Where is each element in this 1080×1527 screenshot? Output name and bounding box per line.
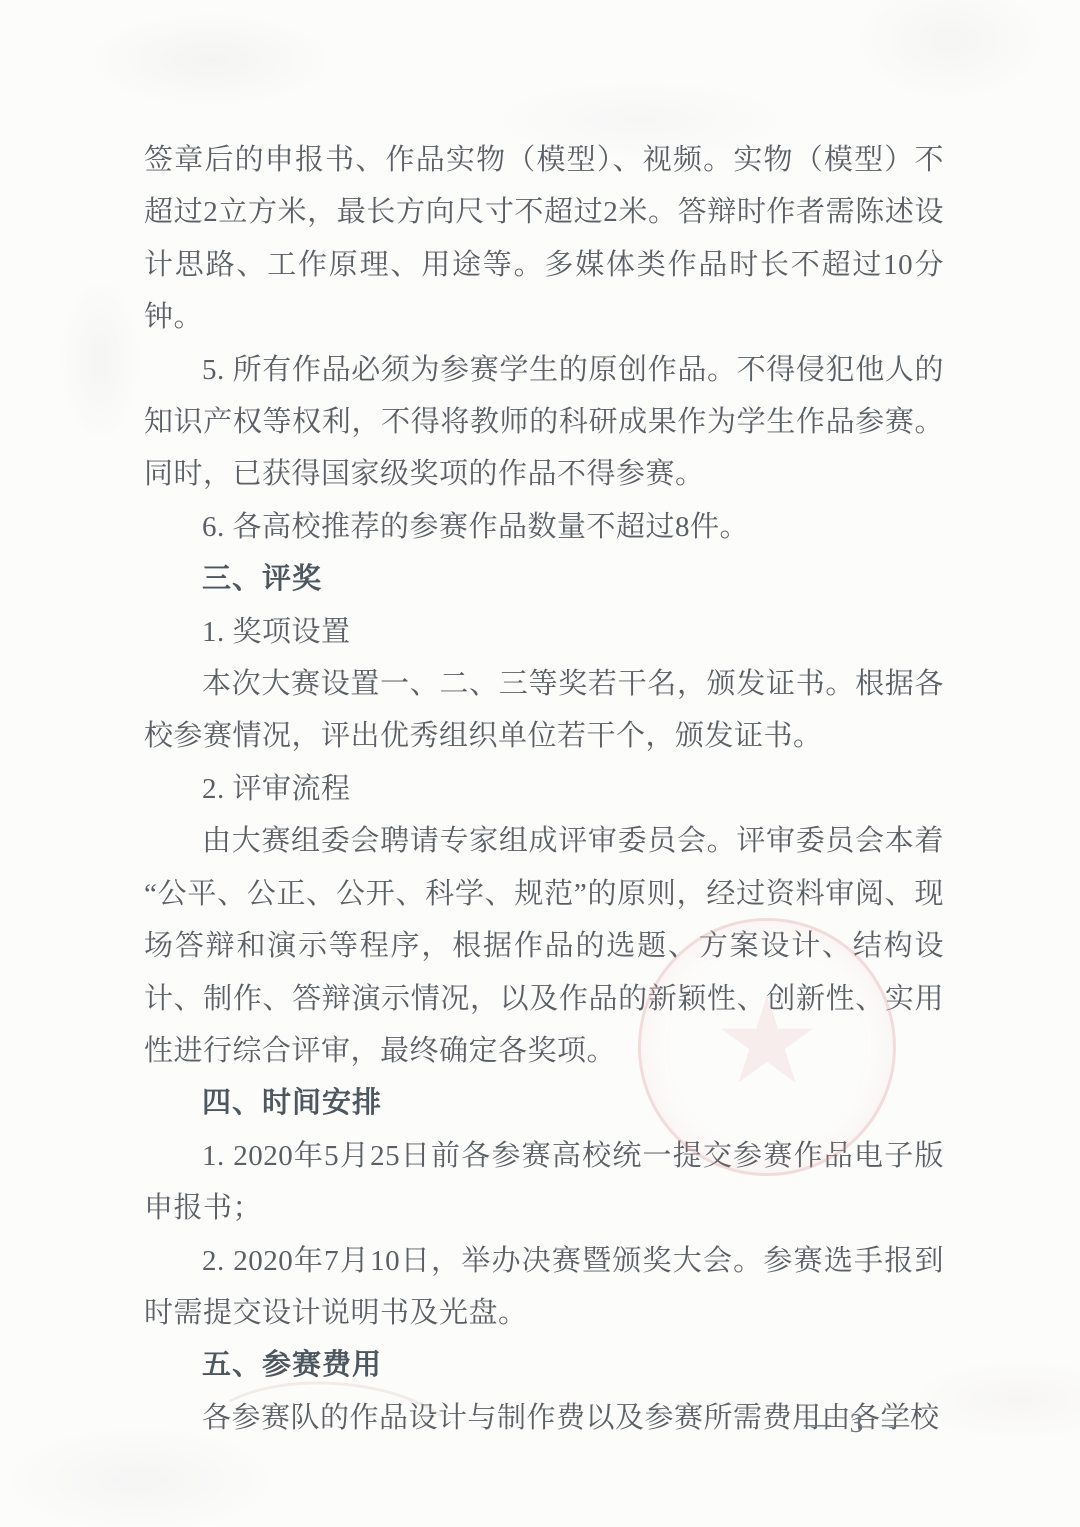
paragraph: 5. 所有作品必须为参赛学生的原创作品。不得侵犯他人的知识产权等权利，不得将教师… — [144, 344, 944, 501]
paragraph: 6. 各高校推荐的参赛作品数量不超过8件。 — [144, 501, 944, 553]
paragraph: 本次大赛设置一、二、三等奖若干名，颁发证书。根据各校参赛情况，评出优秀组织单位若… — [144, 658, 944, 763]
paragraph: 签章后的申报书、作品实物（模型）、视频。实物（模型）不超过2立方米，最长方向尺寸… — [144, 134, 944, 344]
paragraph: 1. 2020年5月25日前各参赛高校统一提交参赛作品电子版申报书； — [144, 1130, 944, 1235]
paragraph: 由大赛组委会聘请专家组成评审委员会。评审委员会本着“公平、公正、公开、科学、规范… — [144, 815, 944, 1077]
document-page: 签章后的申报书、作品实物（模型）、视频。实物（模型）不超过2立方米，最长方向尺寸… — [0, 0, 1080, 1527]
section-heading: 四、时间安排 — [144, 1077, 944, 1129]
document-body: 签章后的申报书、作品实物（模型）、视频。实物（模型）不超过2立方米，最长方向尺寸… — [144, 134, 944, 1444]
paragraph: 2. 评审流程 — [144, 763, 944, 815]
paragraph: 2. 2020年7月10日，举办决赛暨颁奖大会。参赛选手报到时需提交设计说明书及… — [144, 1235, 944, 1340]
paragraph: 1. 奖项设置 — [144, 606, 944, 658]
section-heading: 五、参赛费用 — [144, 1339, 944, 1391]
page-number: — 3 — — [804, 1408, 915, 1439]
section-heading: 三、评奖 — [144, 553, 944, 605]
